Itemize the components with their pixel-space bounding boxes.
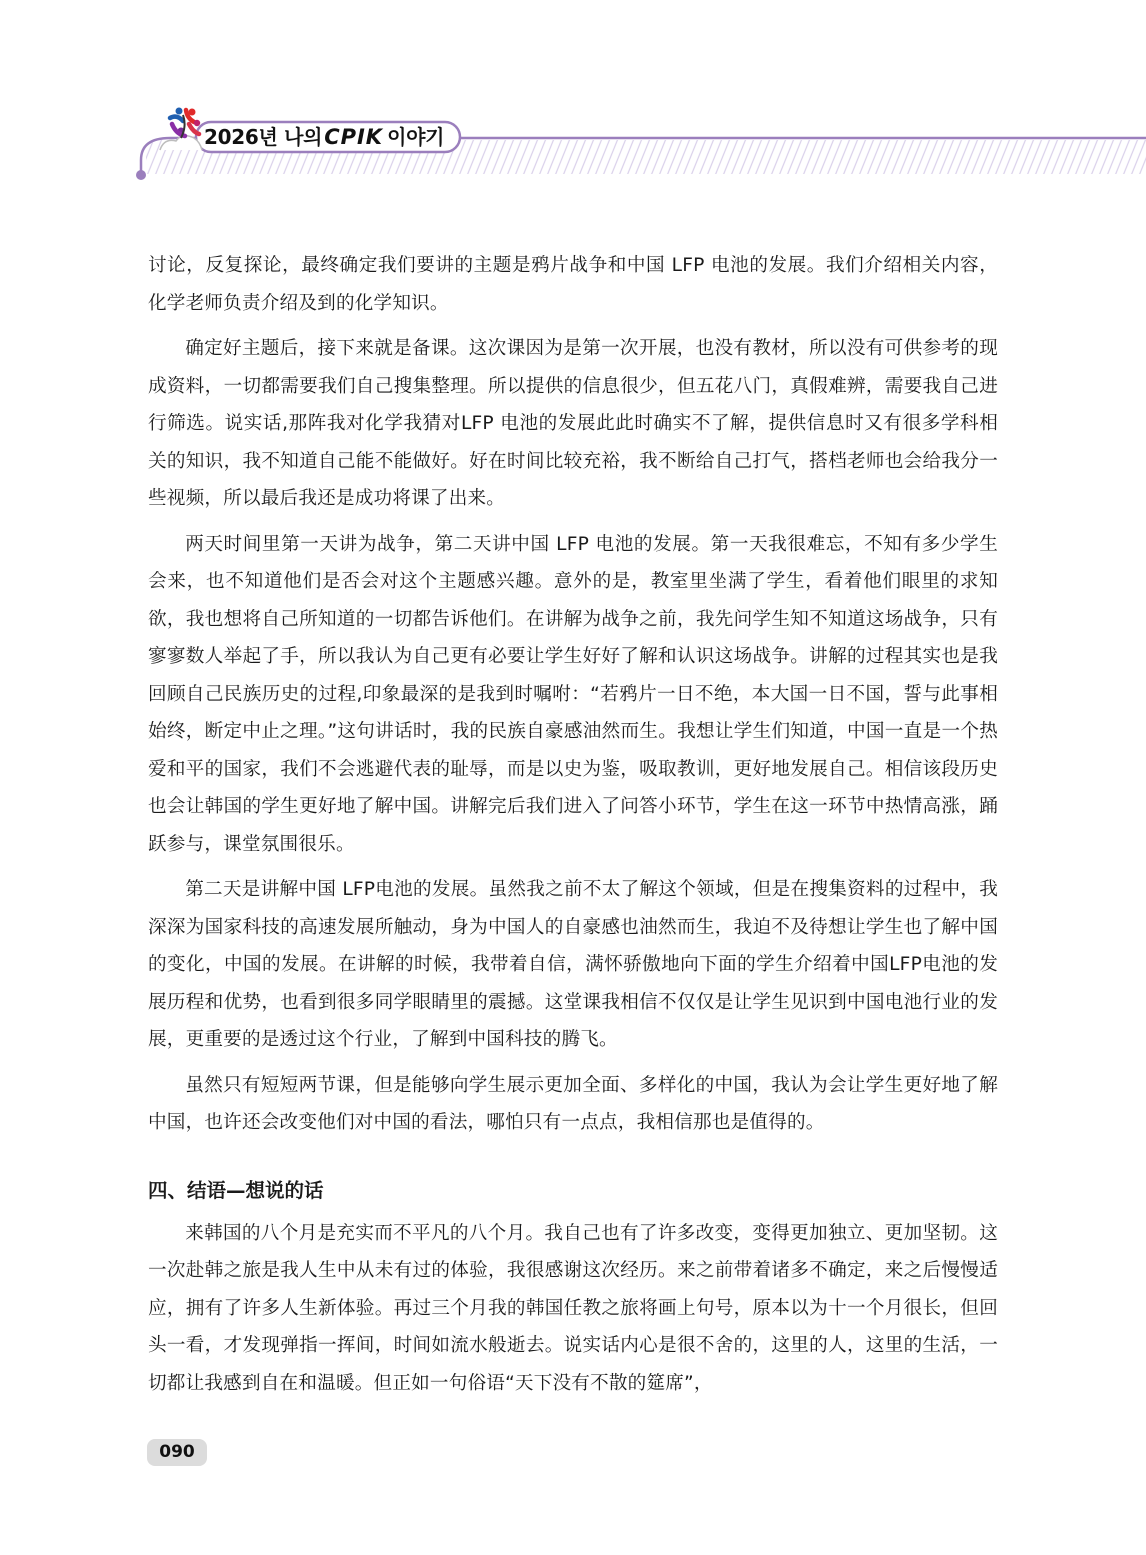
header-title: 2026년 나의CPIK이야기	[204, 121, 444, 153]
paragraph-2: 确定好主题后，接下来就是备课。这次课因为是第一次开展，也没有教材，所以没有可供参…	[148, 330, 998, 518]
paragraph-3: 两天时间里第一天讲为战争，第二天讲中国 LFP 电池的发展。第一天我很难忘，不知…	[148, 526, 998, 864]
page-header: 2026년 나의CPIK이야기	[0, 0, 1146, 190]
paragraph-1: 讨论，反复探论，最终确定我们要讲的主题是鸦片战争和中国 LFP 电池的发展。我们…	[148, 247, 998, 322]
article-body: 讨论，反复探论，最终确定我们要讲的主题是鸦片战争和中国 LFP 电池的发展。我们…	[148, 247, 998, 1402]
header-title-suffix: 이야기	[387, 125, 444, 149]
cpik-people-logo-icon	[167, 106, 203, 142]
header-frame-decoration	[0, 0, 1146, 190]
section-heading: 四、结语—想说的话	[148, 1172, 998, 1209]
header-title-prefix: 2026년 나의	[204, 125, 322, 149]
header-title-brand: CPIK	[324, 125, 383, 149]
section-paragraph-1: 来韩国的八个月是充实而不平凡的八个月。我自己也有了许多改变，变得更加独立、更加坚…	[148, 1215, 998, 1403]
page-number-badge: 090	[147, 1439, 207, 1466]
paragraph-4: 第二天是讲解中国 LFP电池的发展。虽然我之前不太了解这个领域，但是在搜集资料的…	[148, 871, 998, 1059]
paragraph-5: 虽然只有短短两节课，但是能够向学生展示更加全面、多样化的中国，我认为会让学生更好…	[148, 1067, 998, 1142]
